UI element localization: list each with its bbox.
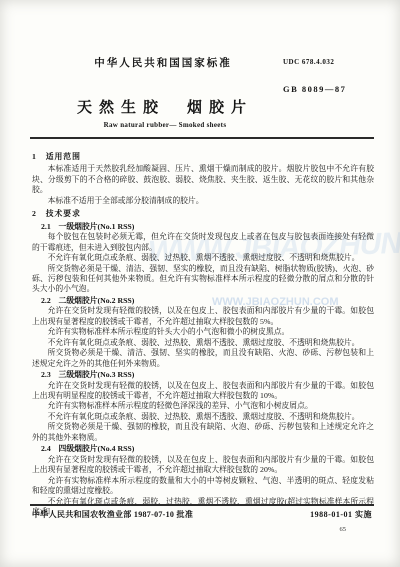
section-2-1-paragraph: 所交货物必须是干燥、清洁、强韧、坚实的橡胶，而且没有缺陷、树脂状物质(胶锈)、火… xyxy=(32,264,374,295)
standard-org-title: 中华人民共和国国家标准 xyxy=(88,55,238,70)
section-2-1-paragraph: 每个胶包在包装时必须无霉，但允许在交货时发现包皮上或者在包皮与胶包表面连接处有轻… xyxy=(32,232,374,253)
document-title-english: Raw natural rubber— Smoked sheets xyxy=(20,121,310,129)
document-body: 1 适用范围 本标准适用于天然胶乳经加酸凝固、压片、熏烟干燥而制成的胶片。烟胶片… xyxy=(32,149,374,517)
section-2-2-heading: 2.2 二级烟胶片(No.2 RSS) xyxy=(41,296,374,306)
section-2-3-heading: 2.3 三级烟胶片(No.3 RSS) xyxy=(41,370,374,380)
section-2-1-paragraph: 不允许有氧化斑点或条痕、弱胶、过热胶、熏烟不透胶、熏烟过度胶、不透明和烧焦胶片。 xyxy=(32,253,374,263)
section-2-2-paragraph: 允许在交货时发现有轻微的胶锈，以及在包皮上、胶包表面和内部胶片有少量的干霉。如胶… xyxy=(32,306,374,327)
section-2-2-paragraph: 允许有实物标准样本所示程度的针头大小的小气泡和微小的树皮黑点。 xyxy=(32,327,374,337)
section-2-3-paragraph: 允许在交货时发现有轻微的胶锈，以及在包皮上、胶包表面和内部胶片有少量的干霉。如胶… xyxy=(32,381,374,402)
document-page: WWW.JBIAOZHUN.COM WWW.JBIAOZHUN.COM 中华人民… xyxy=(0,0,400,567)
section-2-4-paragraph: 允许在交货时发现有轻微的胶锈，以及在包皮上、胶包表面和内部胶片有少量的干霉。如胶… xyxy=(32,455,374,476)
section-2-3-paragraph: 允许有实物标准样本所示程度的轻微色泽深浅的差异、小气泡和小树皮屑点。 xyxy=(32,401,374,411)
udc-number: UDC 678.4.032 xyxy=(283,58,334,66)
section-2-1-heading: 2.1 一级烟胶片(No.1 RSS) xyxy=(41,222,374,232)
effective-date: 1988-01-01 实施 xyxy=(310,509,372,520)
section-1-heading: 1 适用范围 xyxy=(32,152,374,162)
document-title-chinese: 天然生胶 烟胶片 xyxy=(20,96,310,117)
section-2-4-heading: 2.4 四级烟胶片(No.4 RSS) xyxy=(41,444,374,454)
standard-number: GB 8089—87 xyxy=(283,84,346,94)
section-2-2-paragraph: 不允许有氧化斑点或条痕、弱胶、过热胶、熏烟不透胶、熏烟过度胶、不透明和烧焦胶片。 xyxy=(32,338,374,348)
section-2-3-paragraph: 所交货物必须是干燥、强韧的橡胶，而且没有缺陷、火泡、砂砾、污秽包装和上述规定允许… xyxy=(32,422,374,443)
header-divider xyxy=(30,137,374,139)
section-2-3-paragraph: 不允许有氧化斑点或条痕、弱胶、过热胶、熏烟不透胶、熏烟过度胶、不透明和烧焦胶片。 xyxy=(32,412,374,422)
approval-statement: 中华人民共和国农牧渔业部 1987-07-10 批准 xyxy=(32,509,193,520)
section-1-paragraph: 本标准不适用于全部或部分胶清制成的胶片。 xyxy=(32,196,374,206)
section-2-4-paragraph: 允许有实物标准样本所示程度的数量和大小的中等树皮颗粒、气泡、半透明的斑点、轻度发… xyxy=(32,476,374,497)
section-2-heading: 2 技术要求 xyxy=(32,209,374,219)
page-number: 65 xyxy=(340,526,347,533)
section-1-paragraph: 本标准适用于天然胶乳经加酸凝固、压片、熏烟干燥而制成的胶片。烟胶片胶包中不允许有… xyxy=(32,164,374,195)
footer-divider xyxy=(30,504,374,506)
section-2-2-paragraph: 所交货物必须是干燥、清洁、强韧、坚实的橡胶，而且没有缺陷、火泡、砂砾、污秽包装和… xyxy=(32,348,374,369)
